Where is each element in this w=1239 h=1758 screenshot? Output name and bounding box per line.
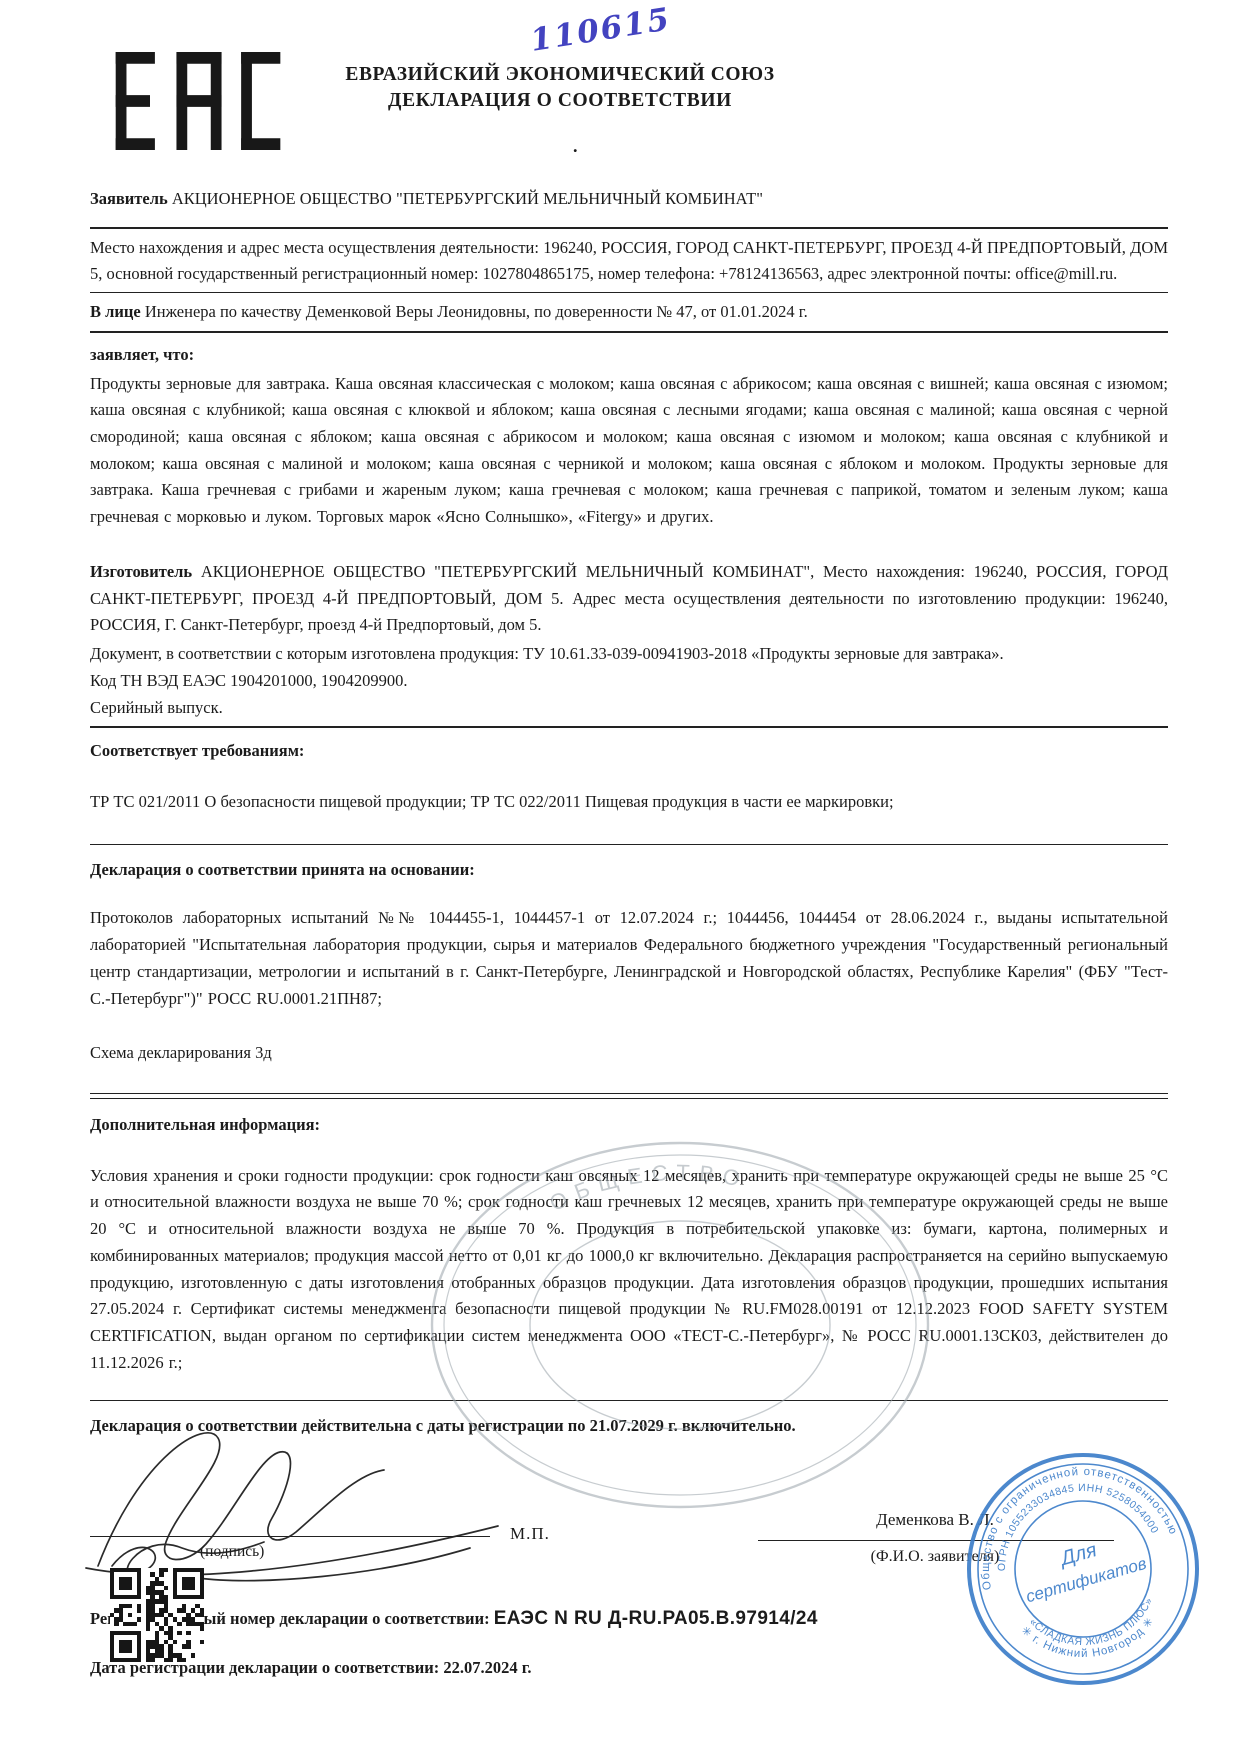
manufacturer-value: АКЦИОНЕРНОЕ ОБЩЕСТВО "ПЕТЕРБУРГСКИЙ МЕЛЬ… bbox=[90, 562, 1168, 634]
divider bbox=[90, 292, 1168, 293]
divider bbox=[90, 726, 1168, 728]
serial-line: Серийный выпуск. bbox=[90, 695, 1168, 722]
address-paragraph: Место нахождения и адрес места осуществл… bbox=[90, 235, 1168, 288]
signature-caption: (подпись) bbox=[200, 1539, 264, 1564]
document-paragraph: Документ, в соответствии с которым изгот… bbox=[90, 641, 1168, 668]
blue-stamp-center-line1: Для bbox=[1057, 1539, 1100, 1571]
signature-line bbox=[90, 1536, 490, 1537]
manufacturer-label: Изготовитель bbox=[90, 562, 192, 581]
divider bbox=[90, 227, 1168, 229]
applicant-line: Заявитель АКЦИОНЕРНОЕ ОБЩЕСТВО "ПЕТЕРБУР… bbox=[90, 186, 1168, 213]
additional-heading: Дополнительная информация: bbox=[90, 1112, 1168, 1139]
tnved-line: Код ТН ВЭД ЕАЭС 1904201000, 1904209900. bbox=[90, 668, 1168, 695]
applicant-label: Заявитель bbox=[90, 189, 168, 208]
divider bbox=[90, 1093, 1168, 1099]
additional-paragraph: Условия хранения и сроки годности продук… bbox=[90, 1163, 1168, 1377]
divider bbox=[90, 331, 1168, 333]
manufacturer-paragraph: Изготовитель АКЦИОНЕРНОЕ ОБЩЕСТВО "ПЕТЕР… bbox=[90, 559, 1168, 639]
applicant-value: АКЦИОНЕРНОЕ ОБЩЕСТВО "ПЕТЕРБУРГСКИЙ МЕЛЬ… bbox=[172, 189, 763, 208]
registration-date-value: 22.07.2024 г. bbox=[443, 1658, 531, 1677]
requirements-paragraph: ТР ТС 021/2011 О безопасности пищевой пр… bbox=[90, 789, 1168, 816]
declares-heading: заявляет, что: bbox=[90, 342, 1168, 369]
registration-number-value: ЕАЭС N RU Д-RU.РА05.В.97914/24 bbox=[494, 1608, 818, 1629]
scheme-line: Схема декларирования 3д bbox=[90, 1040, 1168, 1067]
basis-paragraph: Протоколов лабораторных испытаний №№ 104… bbox=[90, 905, 1168, 1012]
basis-heading: Декларация о соответствии принята на осн… bbox=[90, 857, 1168, 884]
declaration-page: 110615 ЕВРАЗИЙСКИЙ ЭКОНОМИЧЕСКИЙ СОЮЗ ДЕ… bbox=[0, 0, 1239, 1758]
representative-value: Инженера по качеству Деменковой Веры Лео… bbox=[145, 302, 808, 321]
products-paragraph: Продукты зерновые для завтрака. Каша овс… bbox=[90, 371, 1168, 531]
representative-label: В лице bbox=[90, 302, 141, 321]
stamp-place-label: М.П. bbox=[510, 1520, 550, 1548]
requirements-heading: Соответствует требованиям: bbox=[90, 738, 1168, 765]
divider bbox=[90, 844, 1168, 845]
divider bbox=[90, 1400, 1168, 1401]
representative-line: В лице Инженера по качеству Деменковой В… bbox=[90, 299, 1168, 326]
qr-code bbox=[110, 1568, 204, 1662]
